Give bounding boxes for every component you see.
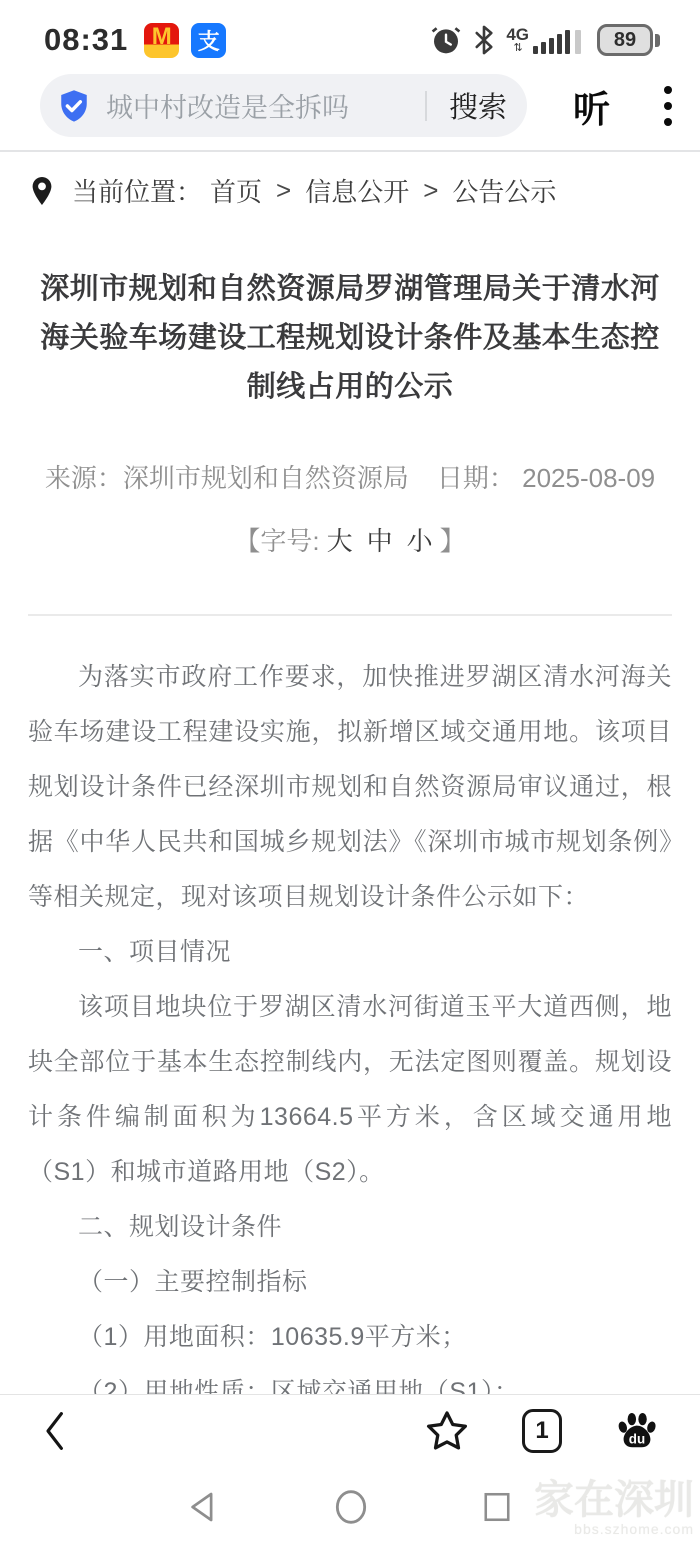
breadcrumb: 当前位置： 首页 > 信息公开 > 公告公示: [0, 152, 700, 209]
article-divider: [28, 614, 672, 616]
article-paragraph: 为落实市政府工作要求，加快推进罗湖区清水河海关验车场建设工程建设实施，拟新增区域…: [28, 650, 672, 925]
breadcrumb-label: 当前位置：: [72, 172, 202, 209]
date-value: 2025-08-09: [522, 463, 655, 493]
breadcrumb-link-notice[interactable]: 公告公示: [452, 172, 556, 209]
android-recents-button[interactable]: [479, 1489, 515, 1525]
article-meta: 来源：深圳市规划和自然资源局日期： 2025-08-09: [0, 458, 700, 495]
android-back-button[interactable]: [185, 1488, 223, 1526]
article-paragraph: （1）用地面积：10635.9平方米；: [28, 1310, 672, 1365]
location-pin-icon: [30, 176, 54, 206]
fontsize-large-button[interactable]: 大: [327, 526, 353, 556]
baidu-home-button[interactable]: du: [614, 1408, 660, 1454]
article-paragraph: （一）主要控制指标: [28, 1255, 672, 1310]
status-bar: 08:31 M 支 4G ⇅ 89: [0, 0, 700, 62]
article-body: 为落实市政府工作要求，加快推进罗湖区清水河海关验车场建设工程建设实施，拟新增区域…: [28, 650, 672, 1420]
security-shield-icon: [56, 88, 92, 124]
mcdonalds-notification-icon: M: [144, 23, 179, 58]
signal-icon: 4G ⇅: [506, 26, 581, 54]
battery-percent: 89: [614, 29, 636, 52]
alipay-notification-icon: 支: [191, 23, 226, 58]
android-nav-bar: [0, 1467, 700, 1547]
breadcrumb-link-info[interactable]: 信息公开: [305, 172, 409, 209]
breadcrumb-link-home[interactable]: 首页: [210, 172, 262, 209]
back-button[interactable]: [40, 1408, 72, 1454]
browser-toolbar: 1 du: [0, 1394, 700, 1467]
date-label: 日期：: [437, 463, 515, 493]
source-label: 来源：: [45, 463, 123, 493]
tab-switcher-button[interactable]: 1: [522, 1409, 562, 1453]
android-home-button[interactable]: [331, 1487, 371, 1527]
battery-icon: 89: [597, 24, 660, 56]
fontsize-control: 【字号:大中小】: [0, 521, 700, 558]
source-value: 深圳市规划和自然资源局: [123, 463, 409, 493]
fontsize-suffix: 】: [440, 526, 466, 556]
article-paragraph: 二、规划设计条件: [28, 1200, 672, 1255]
search-divider: [425, 91, 427, 121]
article-paragraph: 一、项目情况: [28, 925, 672, 980]
search-button[interactable]: 搜索: [449, 85, 507, 126]
article-paragraph: 该项目地块位于罗湖区清水河街道玉平大道西侧，地块全部位于基本生态控制线内，无法定…: [28, 980, 672, 1200]
search-input[interactable]: 城中村改造是全拆吗 搜索: [40, 74, 527, 137]
page-title: 深圳市规划和自然资源局罗湖管理局关于清水河海关验车场建设工程规划设计条件及基本生…: [28, 265, 672, 412]
search-query-text[interactable]: 城中村改造是全拆吗: [106, 86, 425, 125]
listen-button[interactable]: 听: [573, 79, 610, 133]
fontsize-small-button[interactable]: 小: [407, 526, 433, 556]
status-time: 08:31: [44, 22, 128, 58]
fontsize-prefix: 【字号:: [234, 526, 319, 556]
bluetooth-icon: [472, 24, 496, 56]
svg-text:du: du: [629, 1432, 645, 1447]
more-menu-icon[interactable]: [660, 82, 676, 130]
alarm-icon: [430, 24, 462, 56]
sim2-signal-bar: [575, 30, 581, 54]
fontsize-medium-button[interactable]: 中: [367, 526, 393, 556]
bookmark-star-button[interactable]: [424, 1408, 470, 1454]
browser-search-row: 城中村改造是全拆吗 搜索 听: [40, 74, 664, 137]
